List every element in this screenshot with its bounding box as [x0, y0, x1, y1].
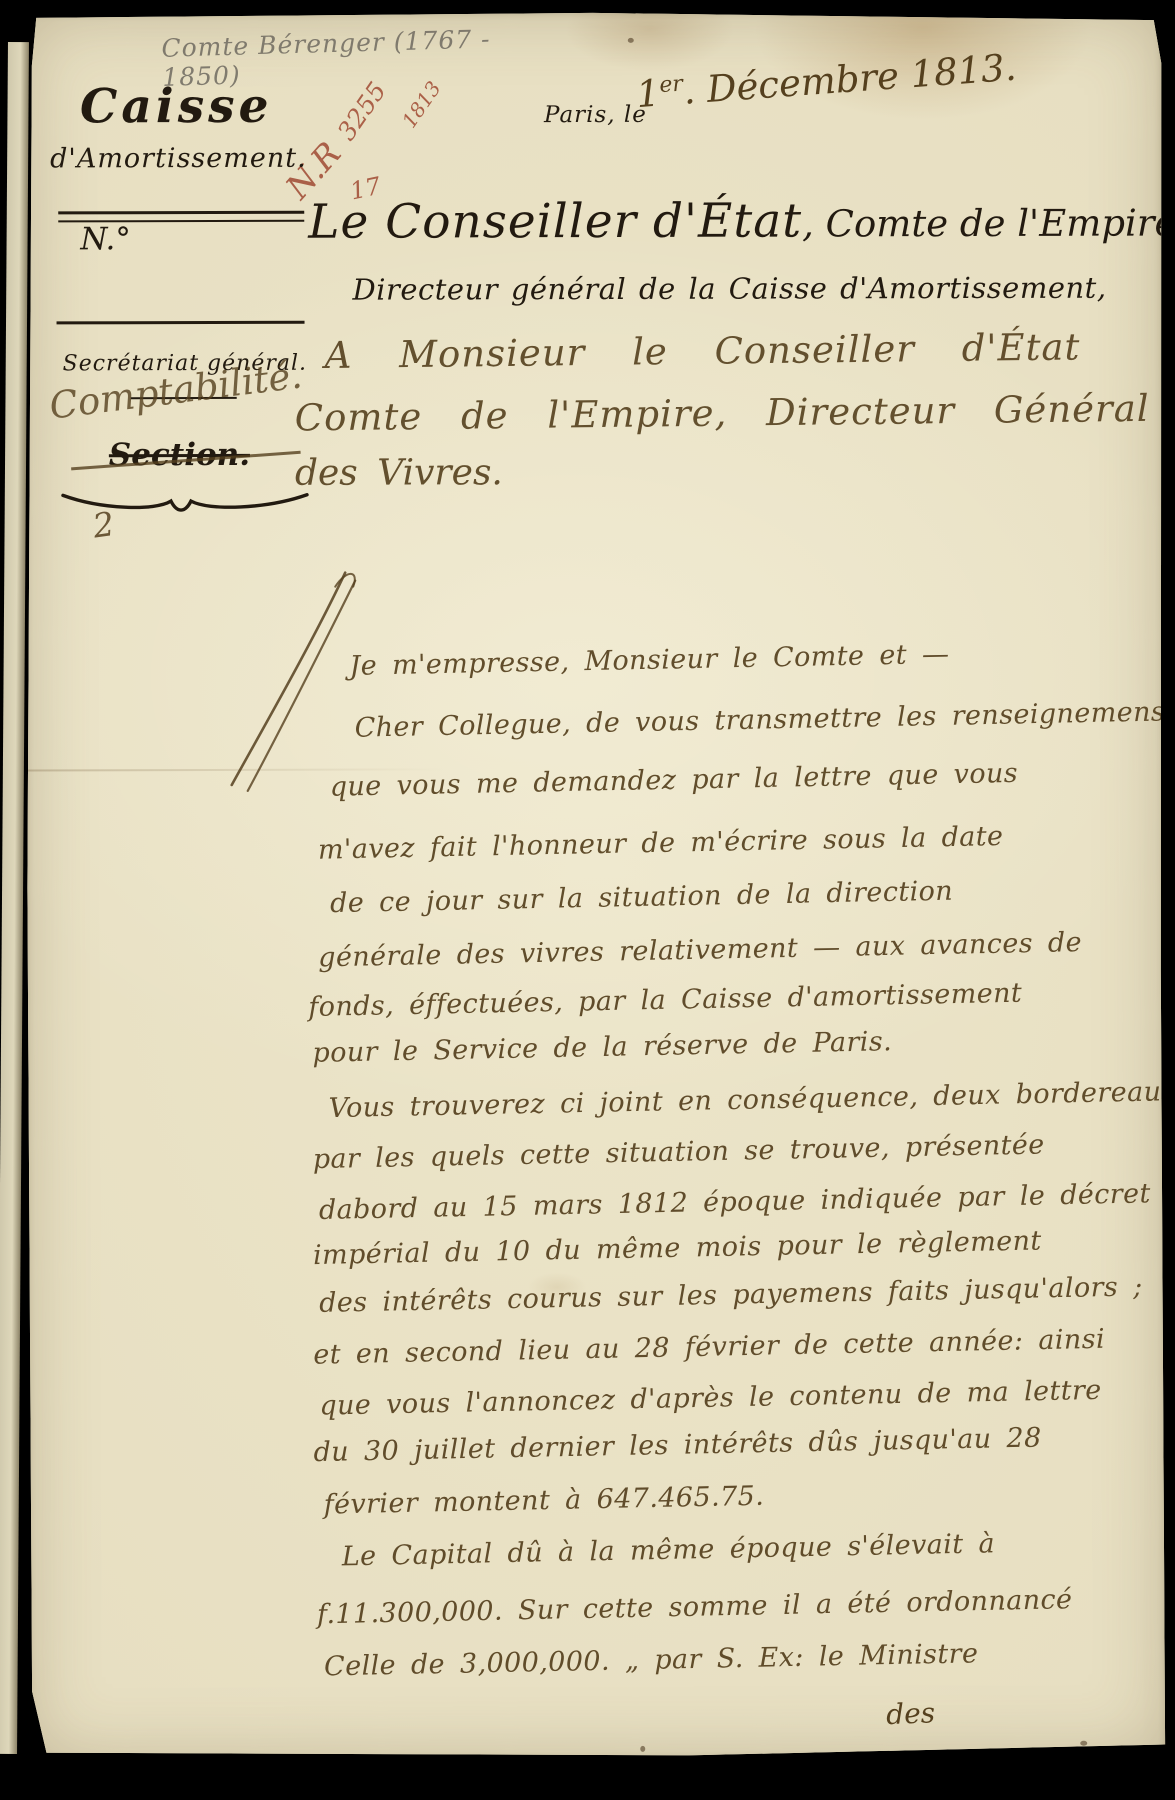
manuscript-line: par les quels cette situation se trouve,…: [312, 1129, 1044, 1175]
recipient-line: des Vivres.: [295, 452, 503, 494]
red-ink-year: 1813: [397, 77, 446, 132]
paper-speck: [640, 1746, 645, 1752]
printed-title: Le Conseiller d'État, Comte de l'Empire.: [308, 192, 1175, 249]
manuscript-body: Je m'empresse, Monsieur le Comte et —Che…: [24, 11, 1162, 14]
manuscript-line: février montent à 647.465.75.: [323, 1481, 764, 1521]
manuscript-line: Je m'empresse, Monsieur le Comte et —: [349, 639, 950, 682]
manuscript-line: Le Capital dû à la même époque s'élevait…: [341, 1528, 995, 1572]
manuscript-line: que vous me demandez par la lettre que v…: [329, 758, 1018, 803]
photo-background: Comte Bérenger (1767 - 1850) 3255 N.R 17…: [0, 0, 1175, 1800]
manuscript-line: pour le Service de la réserve de Paris.: [312, 1026, 892, 1069]
recipient-line: A Monsieur le Conseiller d'État: [324, 325, 1080, 377]
date-rest: . Décembre 1813.: [682, 46, 1018, 113]
manuscript-line: des intérêts courus sur les payemens fai…: [319, 1271, 1143, 1319]
manuscript-line: du 30 juillet dernier les intérêts dûs j…: [313, 1422, 1042, 1468]
manuscript-line: dabord au 15 mars 1812 époque indiquée p…: [319, 1178, 1151, 1226]
manuscript-line: fonds, éffectuées, par la Caisse d'amort…: [308, 978, 1022, 1023]
letterhead-org-name: Caisse: [80, 79, 273, 135]
adjacent-page-edge: [0, 42, 29, 1754]
manuscript-line: générale des vivres relativement — aux a…: [318, 927, 1082, 973]
manuscript-line: impérial du 10 du même mois pour le règl…: [313, 1225, 1042, 1271]
red-ink-reference: 3255: [332, 77, 392, 146]
recipient-line: Comte de l'Empire, Directeur Général: [295, 387, 1150, 440]
manuscript-line: f.11.300,000. Sur cette somme il a été o…: [317, 1584, 1073, 1630]
date-day: 1: [635, 72, 662, 117]
manuscript-line: Vous trouverez ci joint en conséquence, …: [328, 1076, 1175, 1124]
title-part-2: , Comte de l'Empire.: [802, 201, 1175, 245]
title-part-1: Le Conseiller d'État: [308, 193, 802, 249]
letter-page: Comte Bérenger (1767 - 1850) 3255 N.R 17…: [24, 11, 1167, 1762]
printed-dateline: Paris, le: [544, 102, 647, 128]
date-ordinal: er: [658, 71, 683, 98]
letterhead-org-name-2: d'Amortissement.: [50, 143, 307, 175]
manuscript-line: de ce jour sur la situation de la direct…: [330, 876, 954, 919]
paper-speck: [628, 38, 634, 43]
printed-subtitle: Directeur général de la Caisse d'Amortis…: [352, 271, 1106, 307]
divider-rule: [57, 321, 305, 325]
manuscript-line: Celle de 3,000,000. „ par S. Ex: le Mini…: [324, 1638, 979, 1682]
manuscript-line: m'avez fait l'honneur de m'écrire sous l…: [318, 821, 1004, 866]
catchword: des: [886, 1696, 936, 1731]
manuscript-line: que vous l'annoncez d'après le contenu d…: [319, 1375, 1102, 1422]
ink-flourish: [223, 561, 364, 801]
manuscript-line: Cher Collegue, de vous transmettre les r…: [354, 696, 1165, 743]
manuscript-line: et en second lieu au 28 février de cette…: [313, 1324, 1105, 1371]
paper-speck: [1080, 1741, 1087, 1746]
handwritten-date: 1er. Décembre 1813.: [635, 46, 1018, 116]
letterhead-number-label: N.°: [80, 221, 131, 257]
